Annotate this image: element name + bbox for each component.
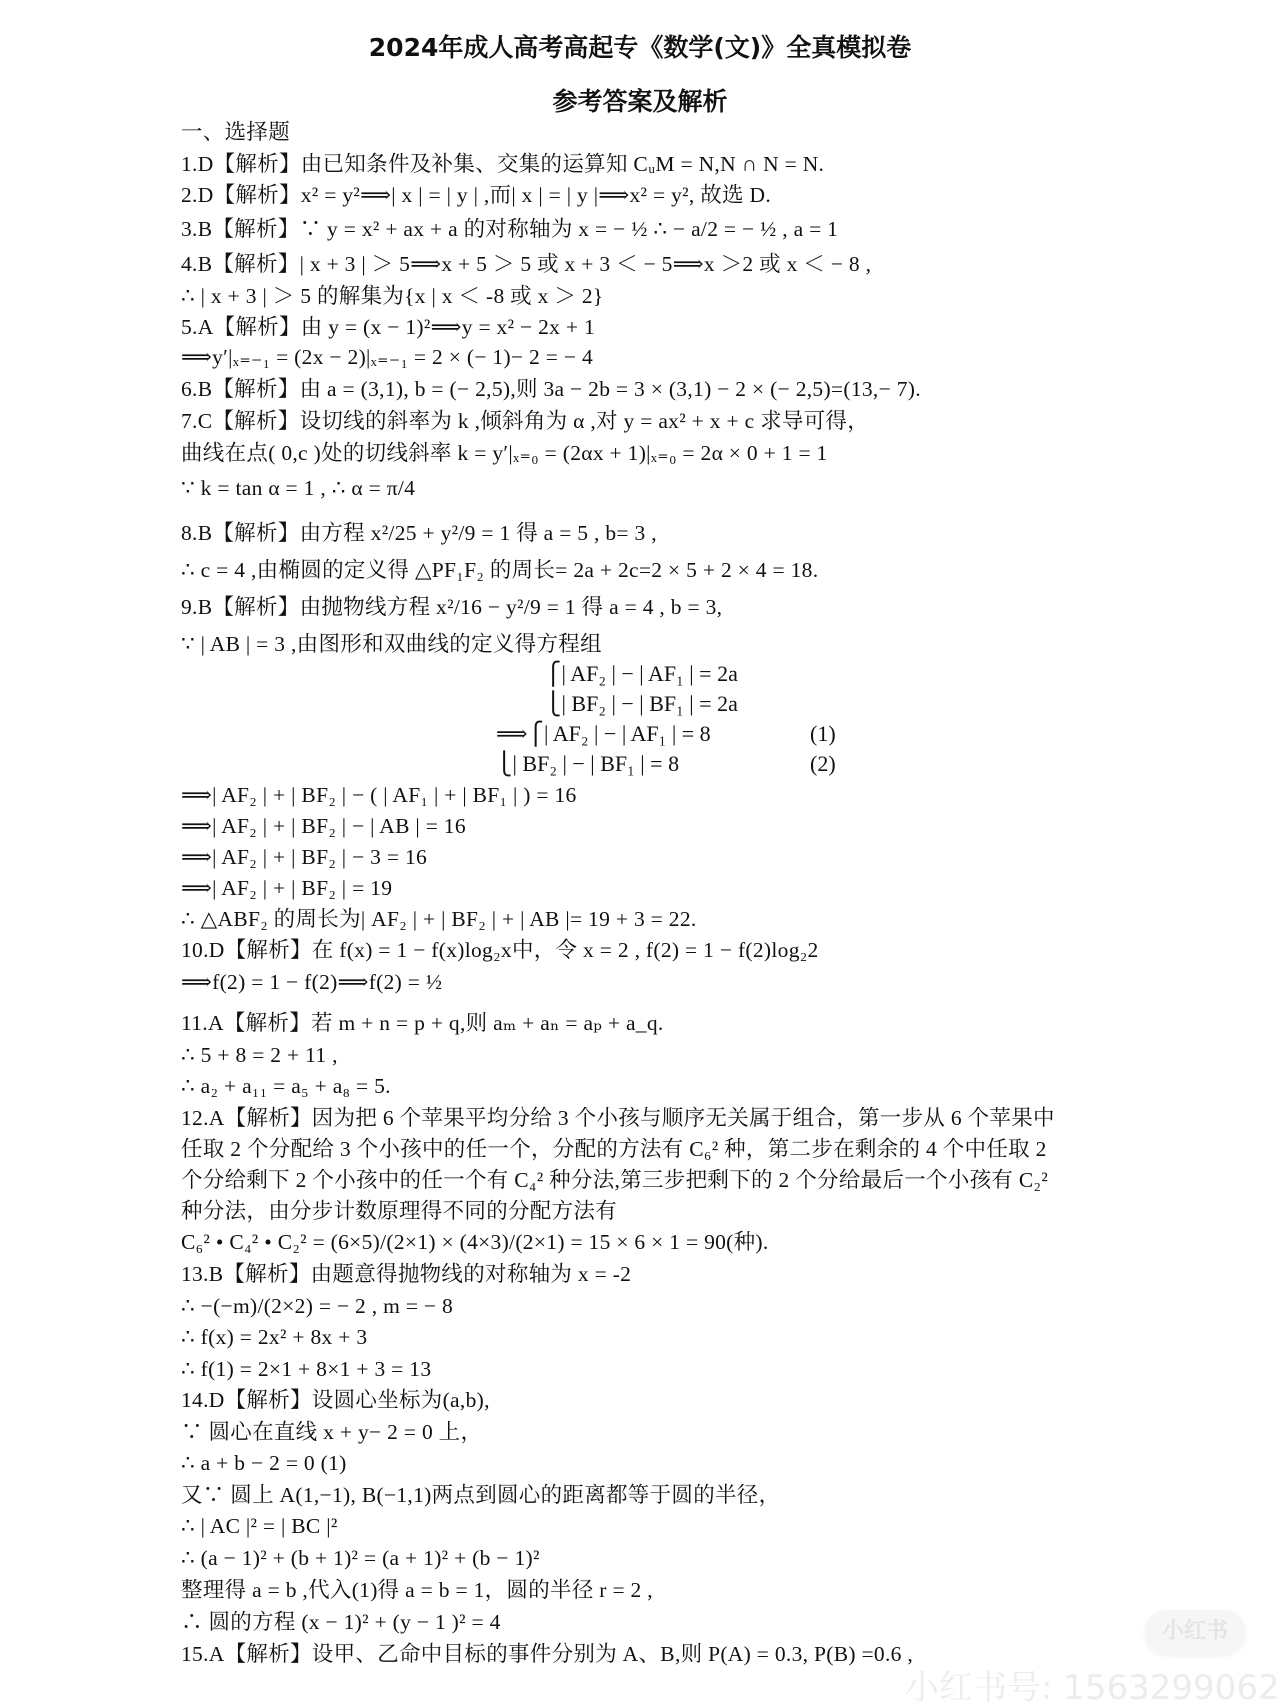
solution-line-q1: 1.D【解析】由已知条件及补集、交集的运算知 CᵤM = N,N ∩ N = N… — [181, 150, 824, 178]
solution-line-q13c: ∴ f(x) = 2x² + 8x + 3 — [181, 1323, 367, 1351]
solution-line-q2: 2.D【解析】x² = y²⟹| x | = | y | ,而| x | = |… — [181, 181, 771, 209]
solution-line-q9i: ⟹| AF₂ | + | BF₂ | − 3 = 16 — [181, 843, 427, 871]
solution-line-q12d: 种分法，由分步计数原理得不同的分配方法有 — [181, 1197, 617, 1225]
document-subtitle: 参考答案及解析 — [0, 82, 1280, 118]
solution-line-q12e: C₆² • C₄² • C₂² = (6×5)/(2×1) × (4×3)/(2… — [181, 1228, 769, 1256]
equation-label-2: (2) — [810, 750, 836, 778]
solution-line-q13d: ∴ f(1) = 2×1 + 8×1 + 3 = 13 — [181, 1355, 431, 1383]
watermark-logo: 小红书 — [1145, 1610, 1245, 1654]
solution-line-q13b: ∴ −(−m)/(2×2) = − 2 , m = − 8 — [181, 1292, 453, 1320]
solution-line-q12a: 12.A【解析】因为把 6 个苹果平均分给 3 个小孩与顺序无关属于组合，第一步… — [181, 1104, 1055, 1132]
watermark-id: 小红书号: 1563299062 — [905, 1660, 1280, 1706]
solution-line-q5b: ⟹y′|ₓ₌₋₁ = (2x − 2)|ₓ₌₋₁ = 2 × (− 1)− 2 … — [181, 343, 593, 371]
solution-line-q9g: ⟹| AF₂ | + | BF₂ | − ( | AF₁ | + | BF₁ |… — [181, 781, 577, 809]
solution-line-q14d: 又∵ 圆上 A(1,−1), B(−1,1)两点到圆心的距离都等于圆的半径， — [181, 1481, 780, 1509]
solution-line-q7c: ∵ k = tan α = 1 , ∴ α = π/4 — [181, 474, 415, 502]
solution-line-q10b: ⟹f(2) = 1 − f(2)⟹f(2) = ½ — [181, 968, 442, 996]
solution-line-q14f: ∴ (a − 1)² + (b + 1)² = (a + 1)² + (b − … — [181, 1544, 540, 1572]
solution-line-q7a: 7.C【解析】设切线的斜率为 k ,倾斜角为 α ,对 y = ax² + x … — [181, 407, 869, 435]
solution-line-q9b: ∵ | AB | = 3 ,由图形和双曲线的定义得方程组 — [181, 630, 602, 658]
solution-line-q14a: 14.D【解析】设圆心坐标为(a,b), — [181, 1386, 490, 1414]
solution-line-q5a: 5.A【解析】由 y = (x − 1)²⟹y = x² − 2x + 1 — [181, 313, 595, 341]
equation-system-1-row-1: ⎧| AF₂ | − | AF₁ | = 2a — [545, 660, 738, 688]
section-heading: 一、选择题 — [181, 118, 290, 146]
solution-line-q8b: ∴ c = 4 ,由椭圆的定义得 △PF₁F₂ 的周长= 2a + 2c=2 ×… — [181, 556, 818, 584]
solution-line-q4a: 4.B【解析】| x + 3 | ＞ 5⟹x + 5 ＞ 5 或 x + 3 ＜… — [181, 250, 871, 278]
solution-line-q14c: ∴ a + b − 2 = 0 (1) — [181, 1449, 347, 1477]
solution-line-q14g: 整理得 a = b ,代入(1)得 a = b = 1，圆的半径 r = 2 , — [181, 1576, 653, 1604]
solution-line-q12b: 任取 2 个分配给 3 个小孩中的任一个，分配的方法有 C₆² 种，第二步在剩余… — [181, 1135, 1047, 1163]
solution-line-q14b: ∵ 圆心在直线 x + y− 2 = 0 上， — [181, 1418, 482, 1446]
solution-line-q15: 15.A【解析】设甲、乙命中目标的事件分别为 A、B,则 P(A) = 0.3,… — [181, 1640, 913, 1668]
solution-line-q9j: ⟹| AF₂ | + | BF₂ | = 19 — [181, 874, 392, 902]
solution-line-q13a: 13.B【解析】由题意得抛物线的对称轴为 x = -2 — [181, 1260, 631, 1288]
solution-line-q4b: ∴ | x + 3 | ＞ 5 的解集为{x | x ＜ -8 或 x ＞ 2} — [181, 282, 604, 310]
solution-line-q8a: 8.B【解析】由方程 x²/25 + y²/9 = 1 得 a = 5 , b=… — [181, 519, 657, 547]
solution-line-q11c: ∴ a₂ + a₁₁ = a₅ + a₈ = 5. — [181, 1072, 391, 1100]
solution-line-q9a: 9.B【解析】由抛物线方程 x²/16 − y²/9 = 1 得 a = 4 ,… — [181, 593, 722, 621]
solution-line-q7b: 曲线在点( 0,c )处的切线斜率 k = y′|ₓ₌₀ = (2αx + 1)… — [181, 439, 828, 467]
equation-system-2-row-1: ⟹⎧| AF₂ | − | AF₁ | = 8 — [496, 720, 711, 748]
solution-line-q9h: ⟹| AF₂ | + | BF₂ | − | AB | = 16 — [181, 812, 466, 840]
solution-line-q14h: ∴ 圆的方程 (x − 1)² + (y − 1 )² = 4 — [181, 1608, 501, 1636]
solution-line-q10a: 10.D【解析】在 f(x) = 1 − f(x)log₂x中，令 x = 2 … — [181, 936, 819, 964]
solution-line-q9k: ∴ △ABF₂ 的周长为| AF₂ | + | BF₂ | + | AB |= … — [181, 905, 697, 933]
solution-line-q6: 6.B【解析】由 a = (3,1), b = (− 2,5),则 3a − 2… — [181, 375, 921, 403]
solution-line-q11a: 11.A【解析】若 m + n = p + q,则 aₘ + aₙ = aₚ +… — [181, 1009, 664, 1037]
equation-system-2-row-2: ⎩| BF₂ | − | BF₁ | = 8 — [496, 750, 679, 778]
solution-line-q12c: 个分给剩下 2 个小孩中的任一个有 C₄² 种分法,第三步把剩下的 2 个分给最… — [181, 1166, 1048, 1194]
equation-label-1: (1) — [810, 720, 836, 748]
solution-line-q3: 3.B【解析】∵ y = x² + ax + a 的对称轴为 x = − ½ ∴… — [181, 215, 838, 243]
solution-line-q14e: ∴ | AC |² = | BC |² — [181, 1512, 338, 1540]
answer-sheet-page: 2024年成人高考高起专《数学(文)》全真模拟卷 参考答案及解析 一、选择题 1… — [0, 0, 1280, 1706]
document-title: 2024年成人高考高起专《数学(文)》全真模拟卷 — [0, 28, 1280, 64]
equation-system-1-row-2: ⎩| BF₂ | − | BF₁ | = 2a — [545, 690, 738, 718]
solution-line-q11b: ∴ 5 + 8 = 2 + 11 , — [181, 1041, 338, 1069]
